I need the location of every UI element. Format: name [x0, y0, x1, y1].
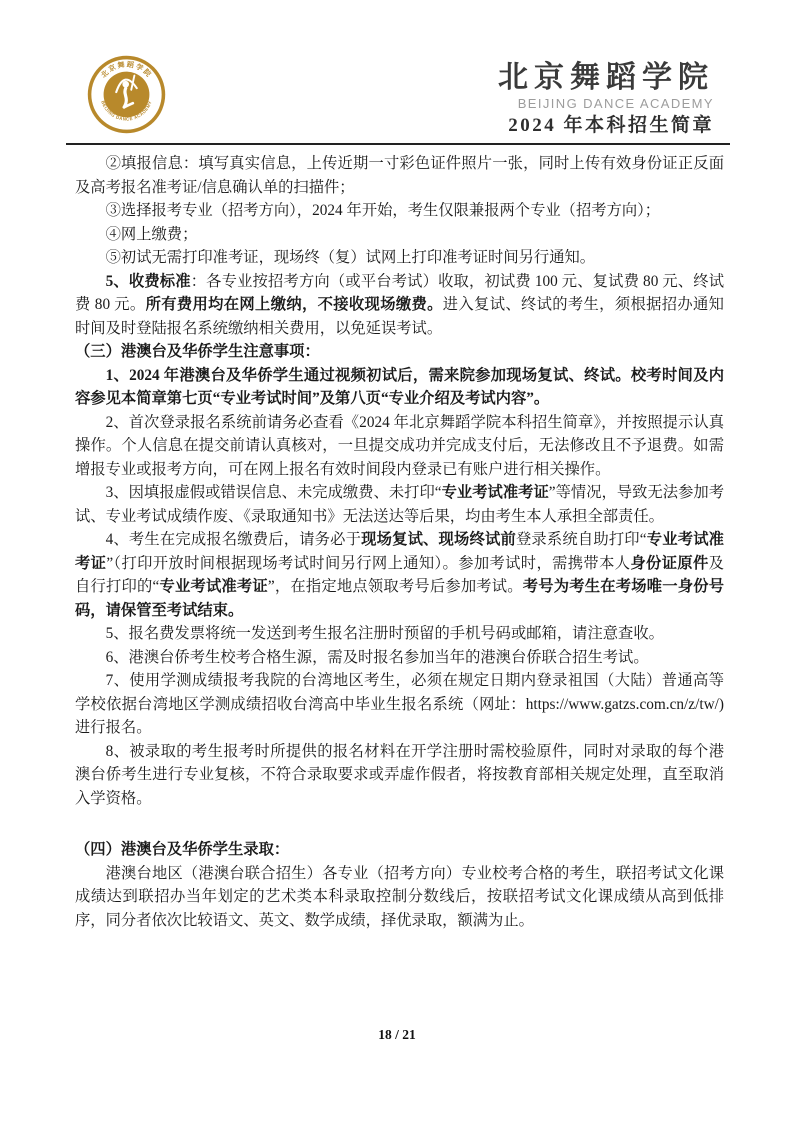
emphasized-text: （四）港澳台及华侨学生录取： — [75, 841, 289, 858]
academy-name-en: BEIJING DANCE ACADEMY — [498, 96, 714, 111]
body-text: ④网上缴费； — [106, 226, 198, 243]
paragraph: 8、被录取的考生报考时所提供的报名材料在开学注册时需校验原件，同时对录取的每个港… — [75, 740, 724, 811]
paragraph: 6、港澳台侨考生校考合格生源，需及时报名参加当年的港澳台侨联合招生考试。 — [75, 646, 724, 670]
body-text: 6、港澳台侨考生校考合格生源，需及时报名参加当年的港澳台侨联合招生考试。 — [106, 649, 649, 666]
paragraph: 3、因填报虚假或错误信息、未完成缴费、未打印“专业考试准考证”等情况，导致无法参… — [75, 481, 724, 528]
section-heading: （三）港澳台及华侨学生注意事项： — [75, 340, 724, 364]
academy-logo: 北京舞蹈学院 BEIJING DANCE ACADEMY — [87, 55, 166, 134]
paragraph: 港澳台地区（港澳台联合招生）各专业（招考方向）专业校考合格的考生，联招考试文化课… — [75, 862, 724, 933]
paragraph: ③选择报考专业（招考方向），2024 年开始，考生仅限兼报两个专业（招考方向）； — [75, 199, 724, 223]
emphasized-text: 专业考试准考证 — [159, 578, 268, 595]
header-divider — [66, 143, 730, 145]
emphasized-text: 1、2024 年港澳台及华侨学生通过视频初试后，需来院参加现场复试、终试。校考时… — [75, 367, 724, 408]
emphasized-text: 身份证原件 — [630, 555, 708, 572]
body-text: ③选择报考专业（招考方向），2024 年开始，考生仅限兼报两个专业（招考方向）； — [106, 202, 661, 219]
body-text: 2、首次登录报名系统前请务必查看《2024 年北京舞蹈学院本科招生简章》，并按照… — [75, 414, 724, 478]
academy-seal-icon: 北京舞蹈学院 BEIJING DANCE ACADEMY — [87, 55, 166, 134]
paragraph: ②填报信息：填写真实信息，上传近期一寸彩色证件照片一张，同时上传有效身份证正反面… — [75, 152, 724, 199]
paragraph: 5、报名费发票将统一发送到考生报名注册时预留的手机号码或邮箱，请注意查收。 — [75, 622, 724, 646]
document-body: ②填报信息：填写真实信息，上传近期一寸彩色证件照片一张，同时上传有效身份证正反面… — [75, 152, 724, 932]
body-text: 5、报名费发票将统一发送到考生报名注册时预留的手机号码或邮箱，请注意查收。 — [106, 625, 664, 642]
body-text: 3、因填报虚假或错误信息、未完成缴费、未打印“ — [106, 484, 442, 501]
paragraph: 2、首次登录报名系统前请务必查看《2024 年北京舞蹈学院本科招生简章》，并按照… — [75, 411, 724, 482]
emphasized-text: 专业考试准考证 — [442, 484, 549, 501]
document-page: 北京舞蹈学院 BEIJING DANCE ACADEMY 北京舞蹈学院 BEIJ… — [0, 0, 794, 1123]
paragraph: 4、考生在完成报名缴费后，请务必于现场复试、现场终试前登录系统自助打印“专业考试… — [75, 528, 724, 622]
paragraph: 7、使用学测成绩报考我院的台湾地区考生，必须在规定日期内登录祖国（大陆）普通高等… — [75, 669, 724, 740]
body-text: 港澳台地区（港澳台联合招生）各专业（招考方向）专业校考合格的考生，联招考试文化课… — [75, 865, 724, 929]
academy-name-cn: 北京舞蹈学院 — [498, 60, 714, 96]
paragraph: ⑤初试无需打印准考证，现场终（复）试网上打印准考证时间另行通知。 — [75, 246, 724, 270]
emphasized-text: 5、收费标准 — [106, 273, 191, 290]
paragraph: 1、2024 年港澳台及华侨学生通过视频初试后，需来院参加现场复试、终试。校考时… — [75, 364, 724, 411]
header-title-block: 北京舞蹈学院 BEIJING DANCE ACADEMY 2024 年本科招生简… — [498, 60, 714, 139]
paragraph: 5、收费标准：各专业按招考方向（或平台考试）收取，初试费 100 元、复试费 8… — [75, 270, 724, 341]
brochure-title: 2024 年本科招生简章 — [498, 113, 714, 139]
section-heading: （四）港澳台及华侨学生录取： — [75, 838, 724, 862]
page-number: 18 / 21 — [378, 1027, 416, 1042]
emphasized-text: 所有费用均在网上缴纳，不接收现场缴费。 — [146, 296, 443, 313]
body-text: 4、考生在完成报名缴费后，请务必于 — [106, 531, 362, 548]
page-footer: 18 / 21 — [0, 1027, 794, 1043]
body-text: 8、被录取的考生报考时所提供的报名材料在开学注册时需校验原件，同时对录取的每个港… — [75, 743, 724, 807]
body-text: ②填报信息：填写真实信息，上传近期一寸彩色证件照片一张，同时上传有效身份证正反面… — [75, 155, 724, 196]
body-text: 7、使用学测成绩报考我院的台湾地区考生，必须在规定日期内登录祖国（大陆）普通高等… — [75, 672, 724, 736]
body-text: ”，在指定地点领取考号后参加考试。 — [268, 578, 523, 595]
paragraph: ④网上缴费； — [75, 223, 724, 247]
body-text: ⑤初试无需打印准考证，现场终（复）试网上打印准考证时间另行通知。 — [106, 249, 596, 266]
emphasized-text: （三）港澳台及华侨学生注意事项： — [75, 343, 320, 360]
emphasized-text: 现场复试、现场终试前 — [361, 531, 516, 548]
body-text: ”（打印开放时间根据现场考试时间另行网上通知）。参加考试时，需携带本人 — [106, 555, 630, 572]
body-text: 登录系统自助打印“ — [516, 531, 647, 548]
